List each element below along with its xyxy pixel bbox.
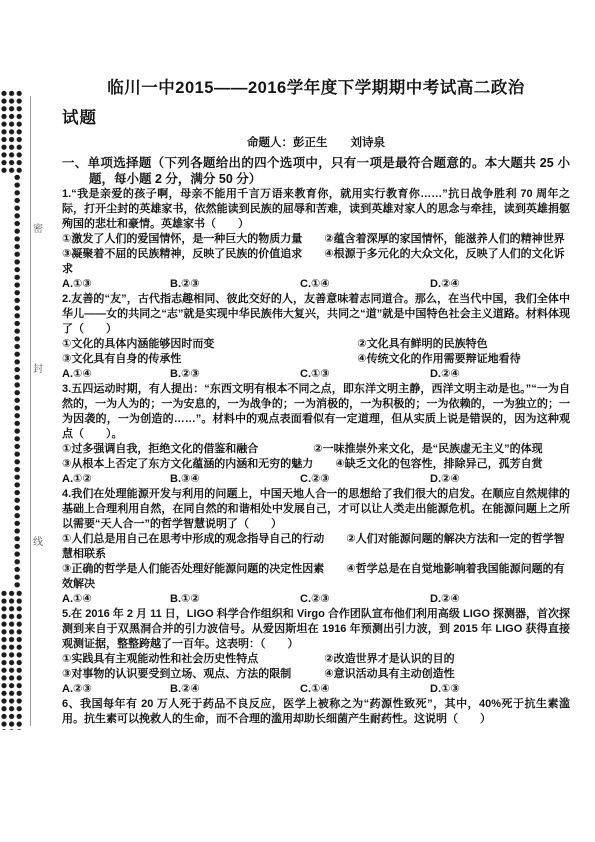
seal-line (30, 96, 31, 726)
question-3: 3.五四运动时期，有人提出：“东西文明有根本不同之点，即东洋文明主静，西洋文明主… (62, 382, 570, 487)
question-5-answer-a: A.②③ (62, 682, 170, 697)
question-3-answer-a: A.①② (62, 472, 170, 487)
binding-dots-top (1, 90, 23, 174)
question-4-options-row2: ③正确的哲学是人们能否处理好能源问题的决定性因素 ④哲学总是在自觉地影响着我国能… (62, 562, 570, 592)
question-1-answers: A.①③ B.②③ C.①④ D.②④ (62, 277, 570, 292)
question-5-answer-d: D.①③ (430, 682, 570, 697)
question-1-stem: 1.“我是亲爱的孩子啊，母亲不能用千言万语来教育你，就用实行教育你……”抗日战争… (62, 187, 570, 232)
question-1-answer-c: C.①④ (300, 277, 430, 292)
question-2-answer-c: C.①③ (300, 367, 430, 382)
question-4-options-row1: ①人们总是用自己在思考中形成的观念指导自己的行动 ②人们对能源问题的解决方法和一… (62, 532, 570, 562)
exam-content: 临川一中2015——2016学年度下学期期中考试高二政治 试题 命题人：彭正生 … (62, 78, 570, 727)
question-2-options-row2: ③文化具有自身的传承性 ④传统文化的作用需要辩证地看待 (62, 352, 570, 367)
question-5-answers: A.②③ B.②④ C.①④ D.①③ (62, 682, 570, 697)
question-5-stem: 5.在 2016 年 2 月 11 日，LIGO 科学合作组织和 Virgo 合… (62, 607, 570, 652)
question-2-answers: A.①④ B.②③ C.①③ D.②④ (62, 367, 570, 382)
question-2-stem: 2.友善的“友”，古代指志趣相同、彼此交好的人，友善意味着志同道合。那么，在当代… (62, 292, 570, 337)
question-5-options-row2: ③对事物的认识要受到立场、观点、方法的限制 ④意识活动具有主动创造性 (62, 667, 570, 682)
question-4-stem: 4.我们在处理能源开发与利用的问题上，中国天地人合一的思想给了我们很大的启发。在… (62, 487, 570, 532)
exam-title-line2: 试题 (62, 108, 570, 128)
question-3-answer-c: C.②③ (300, 472, 430, 487)
question-4-answers: A.①④ B.①② C.②③ D.②④ (62, 592, 570, 607)
question-4-answer-c: C.②③ (300, 592, 430, 607)
binding-dots-middle (14, 174, 22, 590)
binding-dots-bottom (1, 590, 23, 730)
question-5-options-row1: ①实践具有主观能动性和社会历史性特点 ②改造世界才是认识的目的 (62, 652, 570, 667)
seal-char-feng: 封 (33, 364, 43, 376)
exam-setters: 命题人：彭正生 刘诗泉 (62, 136, 570, 150)
question-2-answer-d: D.②④ (430, 367, 570, 382)
section-heading: 一、单项选择题（下列各题给出的四个选项中，只有一项是最符合题意的。本大题共 25… (62, 155, 570, 187)
question-5-answer-c: C.①④ (300, 682, 430, 697)
question-1-answer-b: B.②③ (170, 277, 300, 292)
question-3-options-row2: ③从根本上否定了东方文化蕴涵的内涵和无穷的魅力 ④缺乏文化的包容性，排除异己，孤… (62, 457, 570, 472)
question-4-answer-b: B.①② (170, 592, 300, 607)
question-1-answer-d: D.②④ (430, 277, 570, 292)
question-5: 5.在 2016 年 2 月 11 日，LIGO 科学合作组织和 Virgo 合… (62, 607, 570, 697)
exam-page: 密 封 线 临川一中2015——2016学年度下学期期中考试高二政治 试题 命题… (0, 0, 595, 842)
question-3-answers: A.①② B.③④ C.②③ D.②④ (62, 472, 570, 487)
question-5-answer-b: B.②④ (170, 682, 300, 697)
question-2: 2.友善的“友”，古代指志趣相同、彼此交好的人，友善意味着志同道合。那么，在当代… (62, 292, 570, 382)
question-2-options-row1: ①文化的具体内涵能够因时而变 ②文化具有鲜明的民族特色 (62, 337, 570, 352)
question-6-stem: 6、我国每年有 20 万人死于药品不良反应，医学上被称之为“药源性致死”，其中，… (62, 697, 570, 727)
seal-char-xian: 线 (33, 537, 43, 549)
question-4: 4.我们在处理能源开发与利用的问题上，中国天地人合一的思想给了我们很大的启发。在… (62, 487, 570, 607)
question-2-answer-a: A.①④ (62, 367, 170, 382)
question-4-answer-d: D.②④ (430, 592, 570, 607)
question-1-options: ①激发了人们的爱国情怀，是一种巨大的物质力量 ②蕴含着深厚的家国情怀，能滋养人们… (62, 232, 570, 277)
exam-title-line1: 临川一中2015——2016学年度下学期期中考试高二政治 (62, 78, 570, 98)
question-4-answer-a: A.①④ (62, 592, 170, 607)
question-3-answer-d: D.②④ (430, 472, 570, 487)
question-1: 1.“我是亲爱的孩子啊，母亲不能用千言万语来教育你，就用实行教育你……”抗日战争… (62, 187, 570, 292)
question-3-answer-b: B.③④ (170, 472, 300, 487)
question-3-options-row1: ①过多强调自我，拒绝文化的借鉴和融合 ②一味推崇外来文化，是“民族虚无主义”的体… (62, 442, 570, 457)
question-2-answer-b: B.②③ (170, 367, 300, 382)
question-3-stem: 3.五四运动时期，有人提出：“东西文明有根本不同之点，即东洋文明主静，西洋文明主… (62, 382, 570, 442)
seal-char-mi: 密 (33, 224, 43, 236)
question-1-answer-a: A.①③ (62, 277, 170, 292)
question-6: 6、我国每年有 20 万人死于药品不良反应，医学上被称之为“药源性致死”，其中，… (62, 697, 570, 727)
